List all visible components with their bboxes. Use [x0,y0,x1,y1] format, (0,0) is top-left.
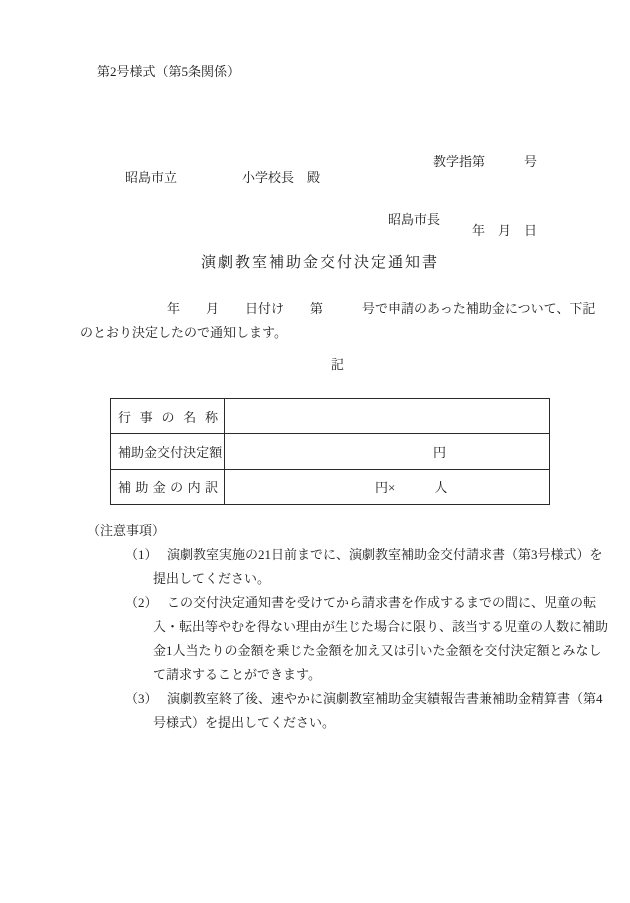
note-item-2-line-4: て請求することができます。 [87,663,587,687]
date-line: 年 月 日 [433,219,537,242]
grant-breakdown-value-cell: 円× 人 [225,470,549,504]
grant-breakdown-label: 補助金の内訳 [118,477,218,496]
grant-amount-label-cell: 補助金交付決定額 [111,434,225,468]
note-item-2: （2） この交付決定通知書を受けてから請求書を作成するまでの間に、児童の転 入・… [87,591,587,687]
table-row-event-name: 行事の名称 [111,399,549,433]
note-item-1-marker: （1） [125,543,167,567]
note-item-2-line-3: 金1人当たりの金額を乗じた金額を加え又は引いた金額を交付決定額とみなし [87,639,587,663]
note-item-1-line-1: （1） 演劇教室実施の21日前までに、演劇教室補助金交付請求書（第3号様式）を [87,543,587,567]
note-item-2-line-1: （2） この交付決定通知書を受けてから請求書を作成するまでの間に、児童の転 [87,591,587,615]
sender-line: 昭島市長 [388,211,440,229]
grant-amount-label: 補助金交付決定額 [118,442,218,461]
note-item-1: （1） 演劇教室実施の21日前までに、演劇教室補助金交付請求書（第3号様式）を … [87,543,587,591]
note-item-2-marker: （2） [125,591,167,615]
table-row-grant-breakdown: 補助金の内訳 円× 人 [111,469,549,504]
event-name-value-cell [225,399,549,433]
note-item-3-text: 演劇教室終了後、速やかに演劇教室補助金実績報告書兼補助金精算書（第4 [167,687,603,711]
document-title: 演劇教室補助金交付決定通知書 [0,251,630,272]
note-item-2-text: この交付決定通知書を受けてから請求書を作成するまでの間に、児童の転 [167,591,596,615]
note-item-1-text: 演劇教室実施の21日前までに、演劇教室補助金交付請求書（第3号様式）を [167,543,603,567]
body-paragraph-line2: のとおり決定したので通知します。 [80,323,287,343]
addressee-line: 昭島市立 小学校長 殿 [125,169,320,187]
subsidy-summary-table: 行事の名称 補助金交付決定額 円 補助金の内訳 円× 人 [110,398,550,505]
notes-heading: （注意事項） [87,519,587,543]
note-item-3-line-2: 号様式）を提出してください。 [87,711,587,735]
grant-amount-value-cell: 円 [225,434,549,468]
notes-section: （注意事項） （1） 演劇教室実施の21日前までに、演劇教室補助金交付請求書（第… [87,519,587,735]
event-name-label-cell: 行事の名称 [111,399,225,433]
note-item-3: （3） 演劇教室終了後、速やかに演劇教室補助金実績報告書兼補助金精算書（第4 号… [87,687,587,735]
table-row-grant-amount: 補助金交付決定額 円 [111,433,549,468]
form-number: 第2号様式（第5条関係） [97,63,240,81]
note-item-3-line-1: （3） 演劇教室終了後、速やかに演劇教室補助金実績報告書兼補助金精算書（第4 [87,687,587,711]
record-mark: 記 [0,354,630,373]
note-item-1-line-2: 提出してください。 [87,567,587,591]
note-item-3-marker: （3） [125,687,167,711]
body-paragraph-line1: 年 月 日付け 第 号で申請のあった補助金について、下記 [167,299,595,319]
doc-number-line: 教学指第 号 [433,150,537,173]
grant-breakdown-label-cell: 補助金の内訳 [111,470,225,504]
note-item-2-line-2: 入・転出等やむを得ない理由が生じた場合に限り、該当する児童の人数に補助 [87,615,587,639]
event-name-label: 行事の名称 [118,407,218,426]
reference-block: 教学指第 号 年 月 日 [433,104,537,265]
document-page: { "header": { "form_number": "第2号様式（第5条関… [0,0,630,903]
